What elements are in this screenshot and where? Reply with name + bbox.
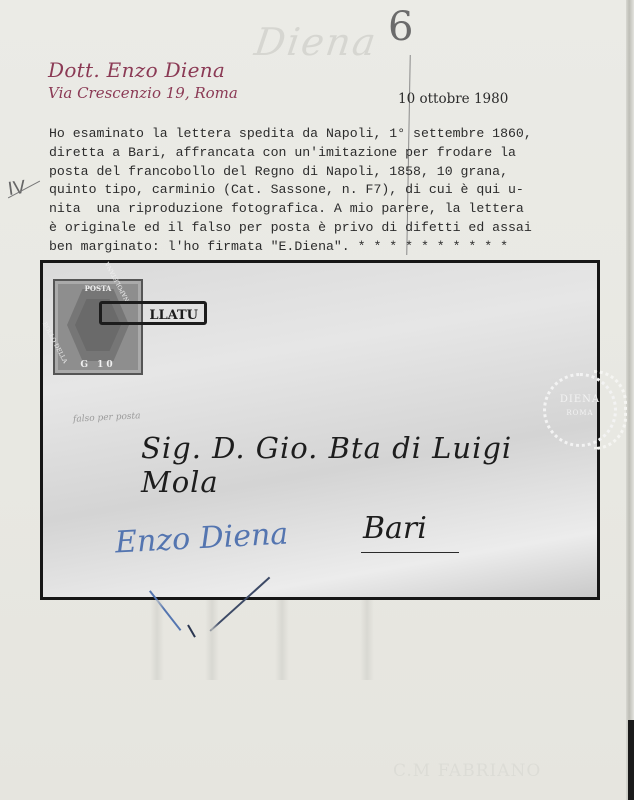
annullato-cancellation: LLATU	[99, 301, 207, 325]
letterhead-name: Dott. Enzo Diena	[48, 58, 225, 82]
pencil-note: falso per posta	[73, 411, 141, 425]
pencil-number: 6	[388, 4, 413, 50]
paper-maker-blindstamp: C.M FABRIANO	[393, 761, 541, 781]
city-underline	[361, 552, 459, 553]
background-edge	[628, 720, 634, 800]
body-line: Ho esaminato la lettera spedita da Napol…	[49, 125, 589, 144]
stamp-left-text: BOLLO DELLA	[41, 321, 69, 365]
paper-fold	[150, 600, 164, 680]
body-line: diretta a Bari, affrancata con un'imitaz…	[49, 144, 589, 163]
body-line: ben marginato: l'ho firmata "E.Diena". *…	[49, 238, 589, 257]
letterhead-address: Via Crescenzio 19, Roma	[48, 84, 238, 102]
addressee: Sig. D. Gio. Bta di Luigi Mola	[141, 431, 597, 499]
body-line: è originale ed il falso per posta è priv…	[49, 219, 589, 238]
watermark-diena: Diena	[252, 20, 380, 64]
certificate-body: Ho esaminato la lettera spedita da Napol…	[49, 125, 589, 257]
paper-fold	[275, 600, 289, 680]
cover-photograph: POSTA BOLLO DELLA NAPOLETANA G 10 LLATU …	[40, 260, 600, 600]
stamp-top-text: POSTA	[55, 284, 141, 293]
destination-city: Bari	[363, 511, 427, 546]
paper-fold	[360, 600, 374, 680]
body-line: quinto tipo, carminio (Cat. Sassone, n. …	[49, 181, 589, 200]
expert-signature: Enzo Diena	[114, 516, 289, 560]
paper-fold	[205, 600, 219, 680]
certificate-date: 10 ottobre 1980	[398, 91, 508, 107]
body-line: nita una riproduzione fotografica. A mio…	[49, 200, 589, 219]
stamp-value: G 10	[55, 360, 141, 370]
postage-stamp: POSTA BOLLO DELLA NAPOLETANA G 10	[53, 279, 143, 375]
paper-edge	[626, 0, 634, 800]
body-line: posta del francobollo del Regno di Napol…	[49, 163, 589, 182]
